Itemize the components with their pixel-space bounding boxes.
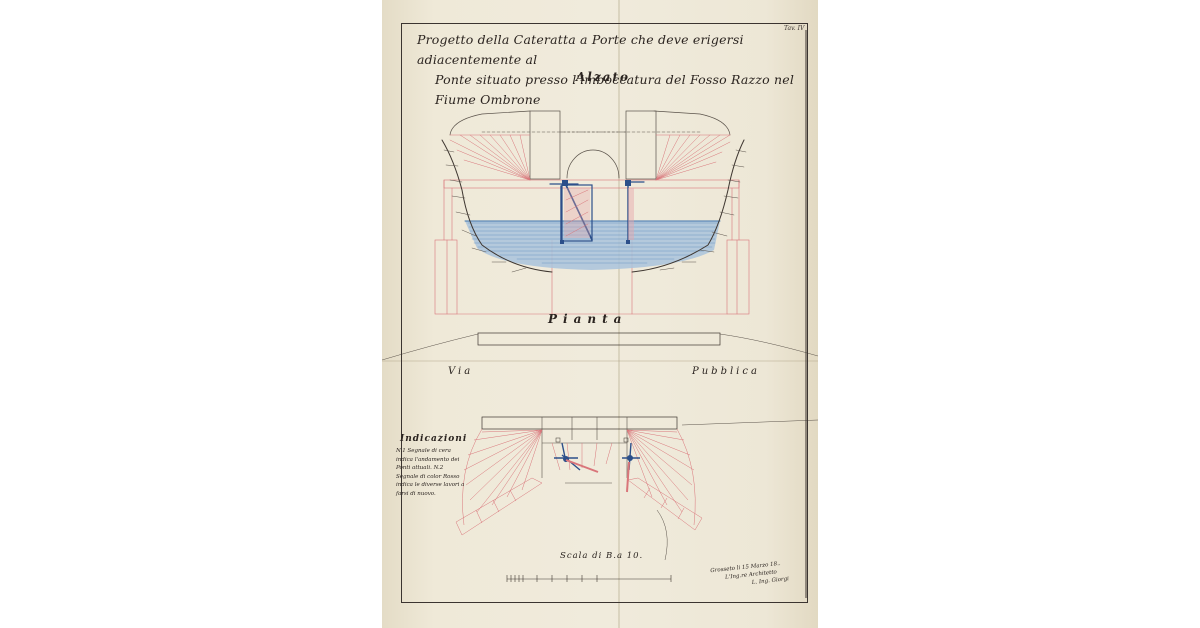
plan-label: Pianta [548,312,627,326]
road-label-left: Via [448,366,473,377]
title-line-1: Progetto della Cateratta a Porte che dev… [405,30,805,70]
scale-label: Scala di B.a 10. [560,551,643,561]
legend-text: N.1 Segnale di cera indica l'andamento d… [396,447,466,498]
elevation-label: Alzato [576,70,630,84]
road-label-right: Pubblica [692,366,760,377]
legend-title: Indicazioni [400,434,467,444]
